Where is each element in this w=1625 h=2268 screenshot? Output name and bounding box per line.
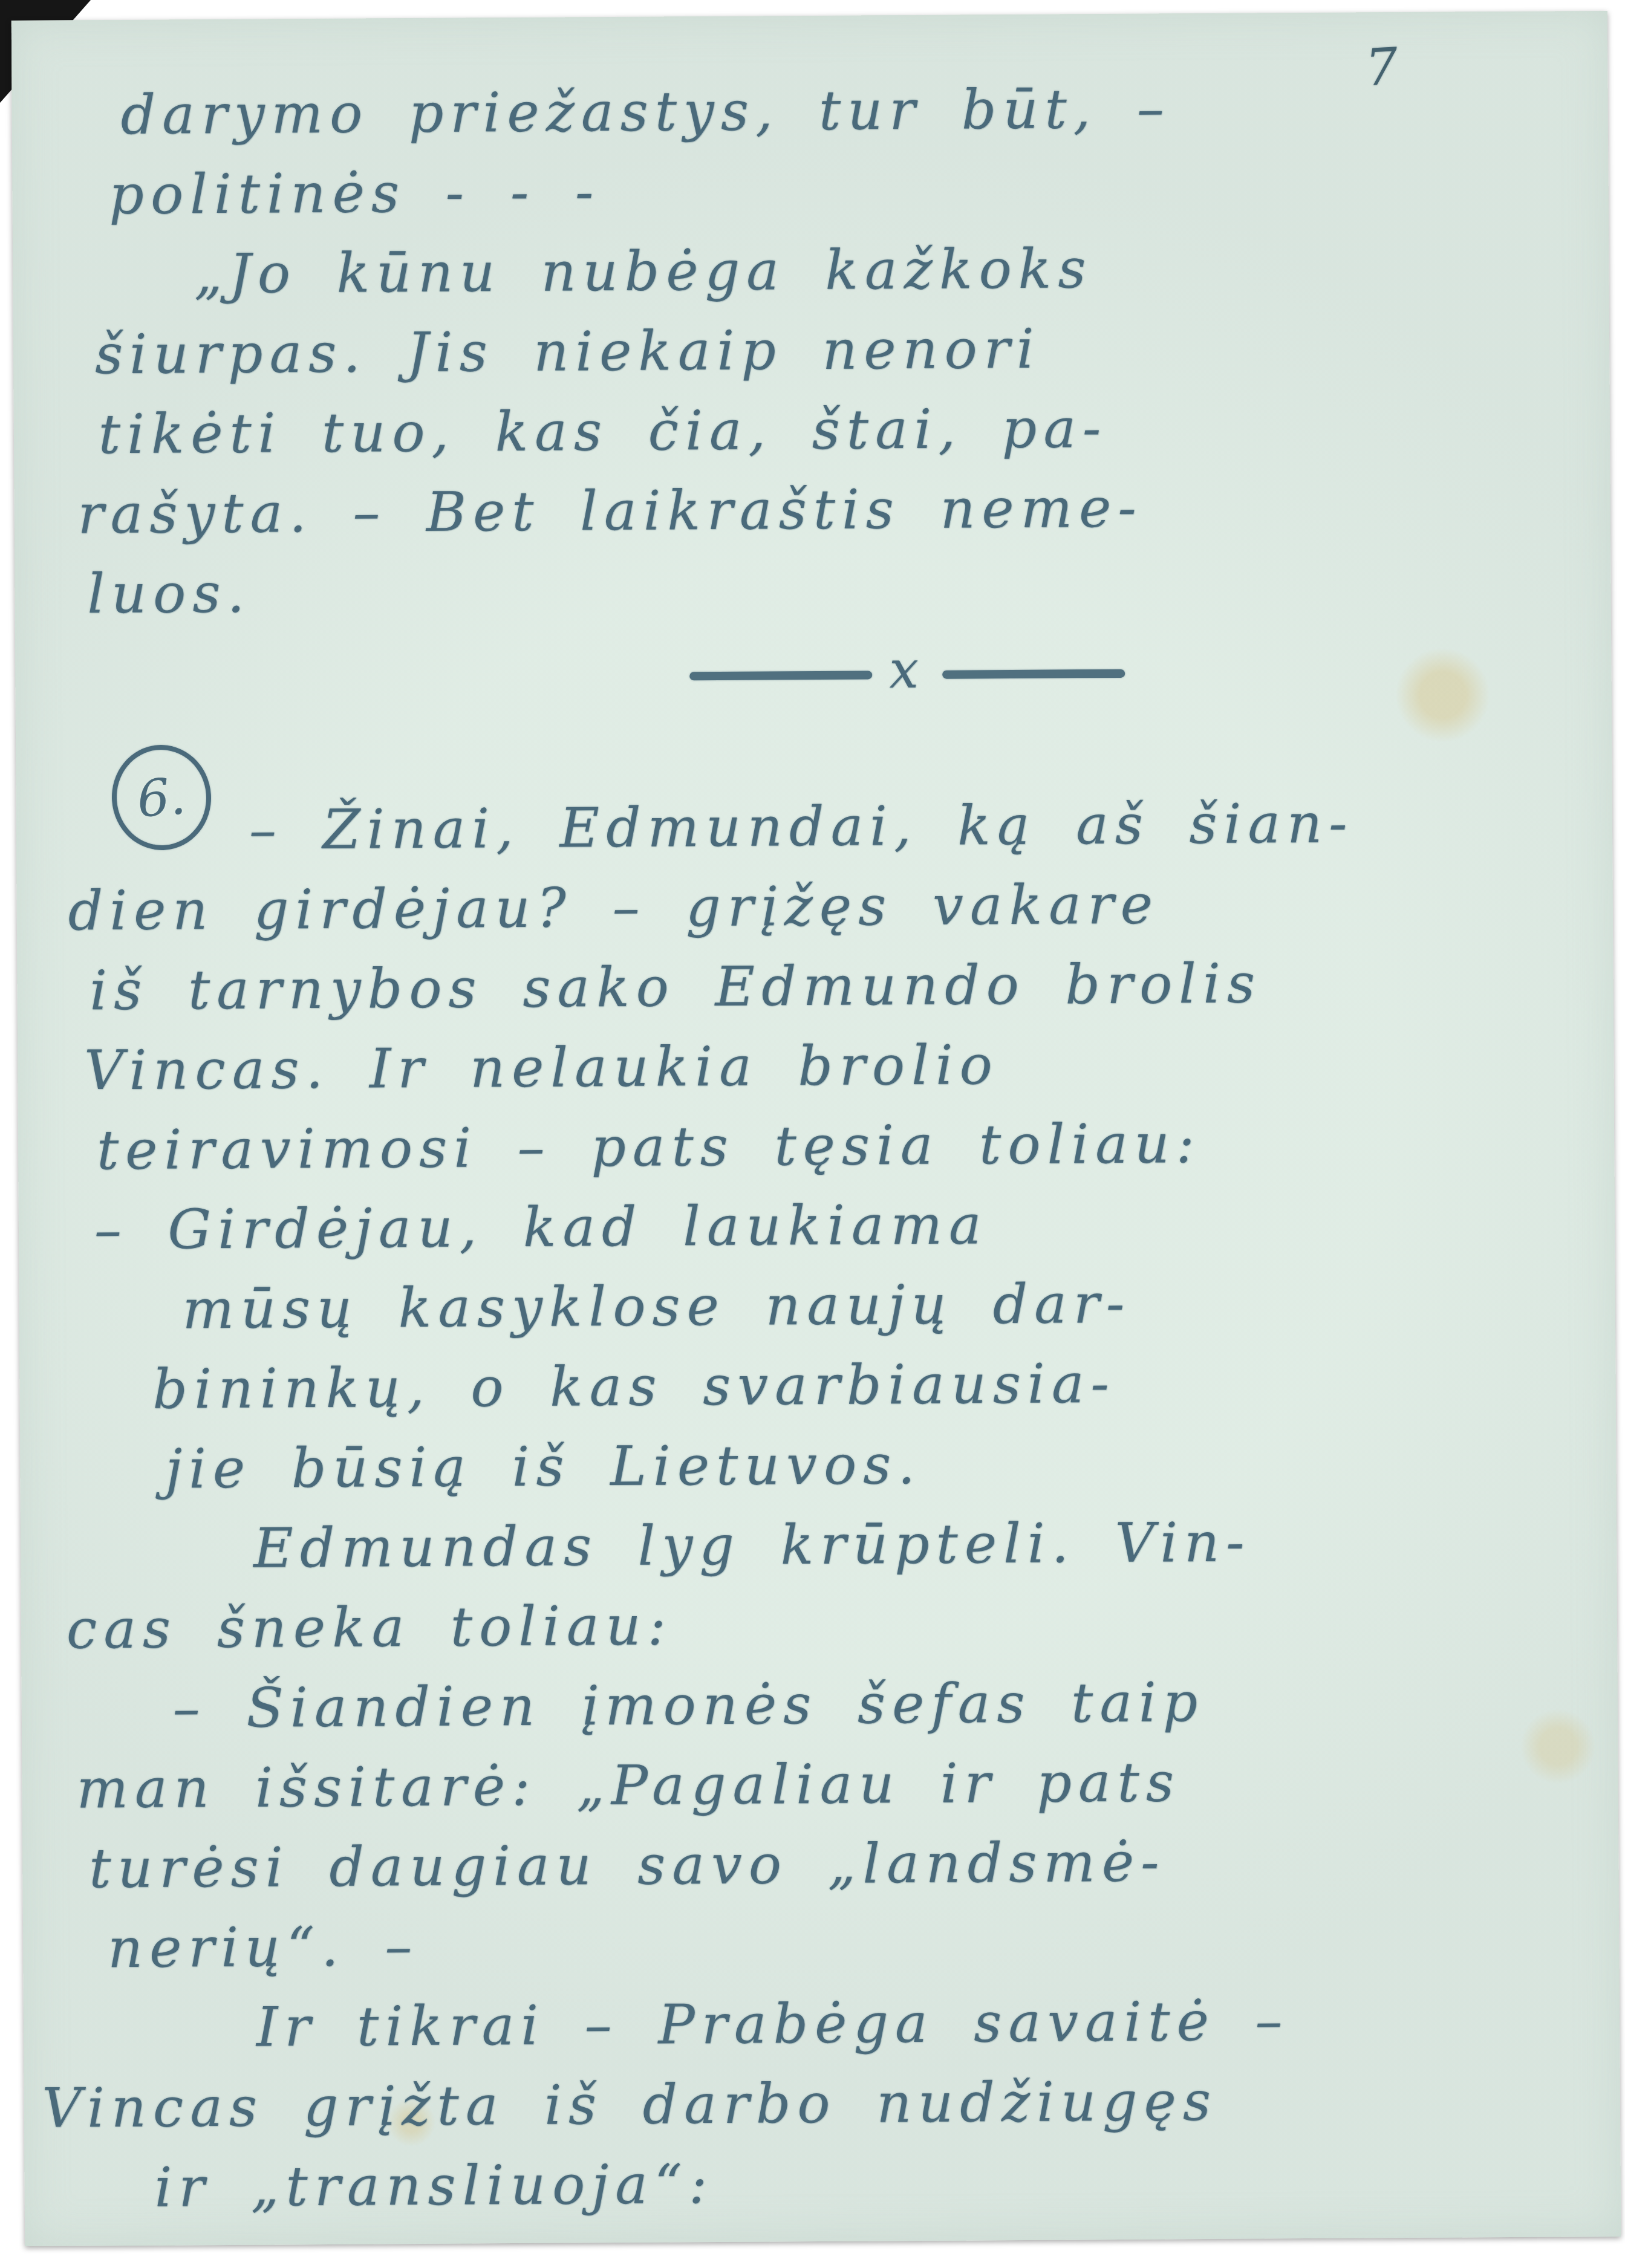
divider-dash-right — [942, 669, 1125, 679]
divider-dash-left — [689, 671, 872, 680]
manuscript-line: – Girdėjau, kad laukiama — [94, 1181, 1570, 1270]
divider-x-mark: x — [872, 644, 942, 697]
manuscript-line: mūsų kasyklose naujų dar- — [182, 1261, 1571, 1350]
manuscript-line: Edmundas lyg krūpteli. Vin- — [253, 1501, 1572, 1588]
manuscript-line: cas šneka toliau: — [66, 1581, 1572, 1669]
manuscript-line: – Žinai, Edmundai, ką aš šian- — [249, 782, 1568, 870]
manuscript-line: Vincas grįžta iš darbo nudžiugęs — [42, 2059, 1575, 2148]
manuscript-line: Ir tikrai – Prabėga savaitė – — [256, 1980, 1575, 2067]
manuscript-line: nerių“. – — [108, 1900, 1575, 1989]
manuscript-line: jie būsią iš Lietuvos. — [165, 1421, 1572, 1509]
scanned-manuscript-page: { "document": { "kind": "handwritten man… — [0, 0, 1625, 2268]
manuscript-line: tikėti tuo, kas čia, štai, pa- — [98, 386, 1565, 475]
manuscript-line: teiravimosi – pats tęsia toliau: — [97, 1102, 1570, 1191]
manuscript-line: rašyta. – Bet laikraštis neme- — [77, 466, 1566, 554]
section-divider: x — [689, 628, 1125, 721]
manuscript-line: politinės - - - — [109, 146, 1564, 235]
manuscript-line: – Šiandien įmonės šefas taip — [172, 1660, 1573, 1749]
manuscript-line: „Jo kūnu nubėga kažkoks — [194, 226, 1565, 314]
page-number: 7 — [1364, 37, 1399, 98]
manuscript-line: man išsitarė: „Pagaliau ir pats — [76, 1740, 1574, 1829]
manuscript-line: darymo priežastys, tur būt, – — [120, 67, 1563, 155]
manuscript-line: Vincas. Ir nelaukia brolio — [84, 1022, 1569, 1111]
manuscript-line: turėsi daugiau savo „landsmė- — [89, 1820, 1574, 1909]
manuscript-line: luos. — [87, 545, 1566, 634]
manuscript-line: ir „transliuoja“: — [154, 2139, 1576, 2227]
manuscript-line: dien girdėjau? – grįžęs vakare — [68, 862, 1568, 951]
manuscript-line: šiurpas. Jis niekaip nenori — [95, 306, 1565, 395]
section-number: 6. — [135, 766, 188, 828]
manuscript-line: bininkų, o kas svarbiausia- — [152, 1341, 1571, 1429]
manuscript-text-block: darymo priežastys, tur būt, – politinės … — [51, 67, 1576, 2228]
manuscript-line: iš tarnybos sako Edmundo brolis — [90, 942, 1569, 1031]
